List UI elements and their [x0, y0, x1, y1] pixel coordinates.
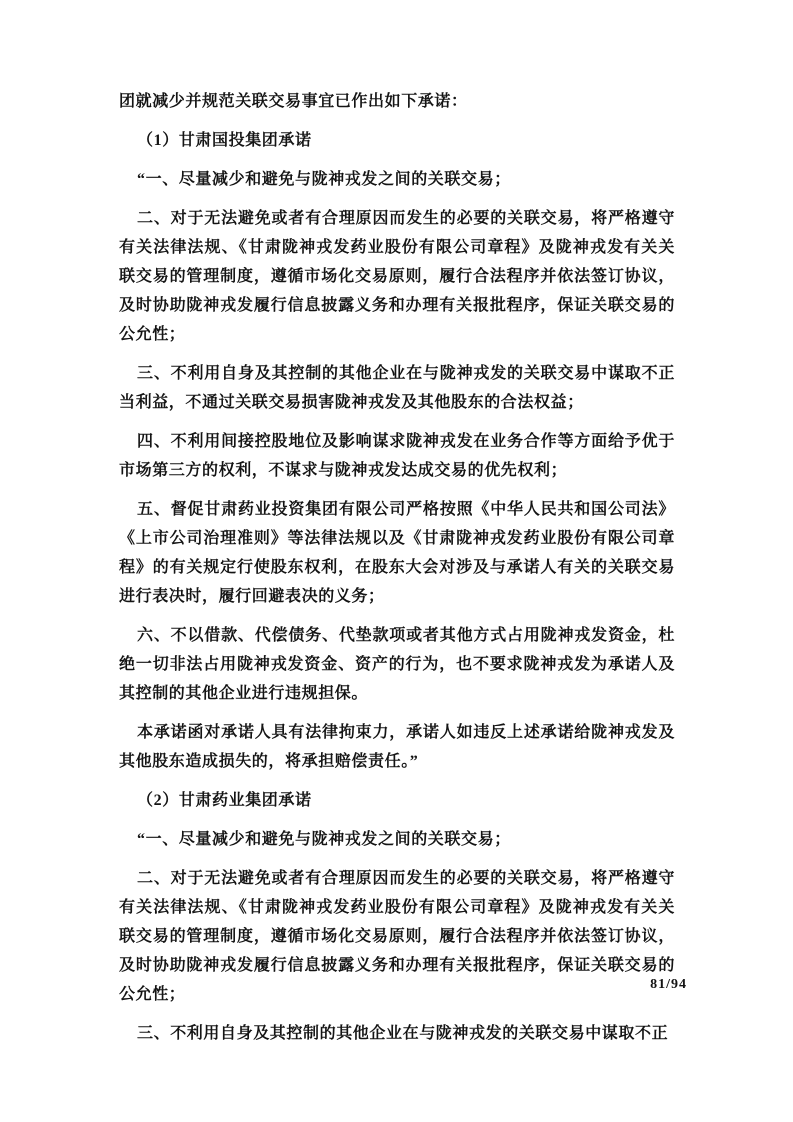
document-page: { "colors": { "page_background": "#fffff…: [0, 0, 793, 1122]
section-1-commitment-6: 六、不以借款、代偿债务、代垫款项或者其他方式占用陇神戎发资金，杜绝一切非法占用陇…: [119, 621, 675, 708]
document-body: 团就减少并规范关联交易事宜已作出如下承诺： （1）甘肃国投集团承诺 “一、尽量减…: [119, 87, 675, 1058]
section-1-heading: （1）甘肃国投集团承诺: [119, 126, 675, 155]
section-1-commitment-5: 五、督促甘肃药业投资集团有限公司严格按照《中华人民共和国公司法》《上市公司治理准…: [119, 495, 675, 611]
section-2-commitment-1: “一、尽量减少和避免与陇神戎发之间的关联交易；: [119, 825, 675, 854]
section-1-commitment-3: 三、不利用自身及其控制的其他企业在与陇神戎发的关联交易中谋取不正当利益，不通过关…: [119, 359, 675, 417]
page-number: 81/94: [650, 977, 687, 992]
section-1-closing-statement: 本承诺函对承诺人具有法律拘束力，承诺人如违反上述承诺给陇神戎发及其他股东造成损失…: [119, 718, 675, 776]
page-background: 团就减少并规范关联交易事宜已作出如下承诺： （1）甘肃国投集团承诺 “一、尽量减…: [0, 0, 793, 1122]
section-2-heading: （2）甘肃药业集团承诺: [119, 786, 675, 815]
page-footer: 81/94: [119, 977, 687, 993]
paragraph-continuation: 团就减少并规范关联交易事宜已作出如下承诺：: [119, 87, 675, 116]
section-1-commitment-4: 四、不利用间接控股地位及影响谋求陇神戎发在业务合作等方面给予优于市场第三方的权利…: [119, 427, 675, 485]
section-2-commitment-3-partial: 三、不利用自身及其控制的其他企业在与陇神戎发的关联交易中谋取不正: [119, 1019, 675, 1048]
section-1-commitment-1: “一、尽量减少和避免与陇神戎发之间的关联交易；: [119, 165, 675, 194]
section-1-commitment-2: 二、对于无法避免或者有合理原因而发生的必要的关联交易，将严格遵守有关法律法规、《…: [119, 204, 675, 349]
